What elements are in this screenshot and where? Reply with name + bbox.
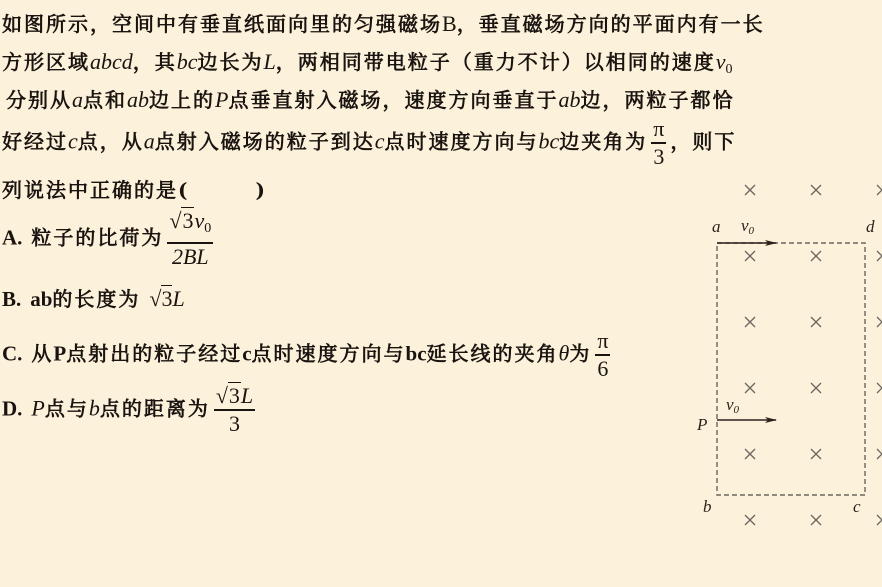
cross-icon (877, 383, 882, 393)
label-d: d (866, 217, 875, 236)
cross-icon (745, 515, 755, 525)
field-cross-marks (745, 185, 882, 525)
cross-icon (877, 317, 882, 327)
label-v0-p: v0 (726, 395, 740, 416)
magnetic-field-diagram: a d b c P v0 v0 (0, 0, 882, 587)
cross-icon (811, 515, 821, 525)
label-p: P (696, 415, 707, 434)
cross-icon (811, 383, 821, 393)
cross-icon (745, 185, 755, 195)
cross-icon (811, 185, 821, 195)
cross-icon (745, 383, 755, 393)
cross-icon (877, 449, 882, 459)
label-v0-a: v0 (741, 216, 755, 237)
cross-icon (811, 449, 821, 459)
label-b: b (703, 497, 712, 516)
cross-icon (745, 449, 755, 459)
cross-icon (877, 515, 882, 525)
cross-icon (811, 251, 821, 261)
cross-icon (745, 251, 755, 261)
cross-icon (745, 317, 755, 327)
cross-icon (877, 185, 882, 195)
cross-icon (877, 251, 882, 261)
label-c: c (853, 497, 861, 516)
label-a: a (712, 217, 721, 236)
cross-icon (811, 317, 821, 327)
region-abcd (717, 243, 865, 495)
